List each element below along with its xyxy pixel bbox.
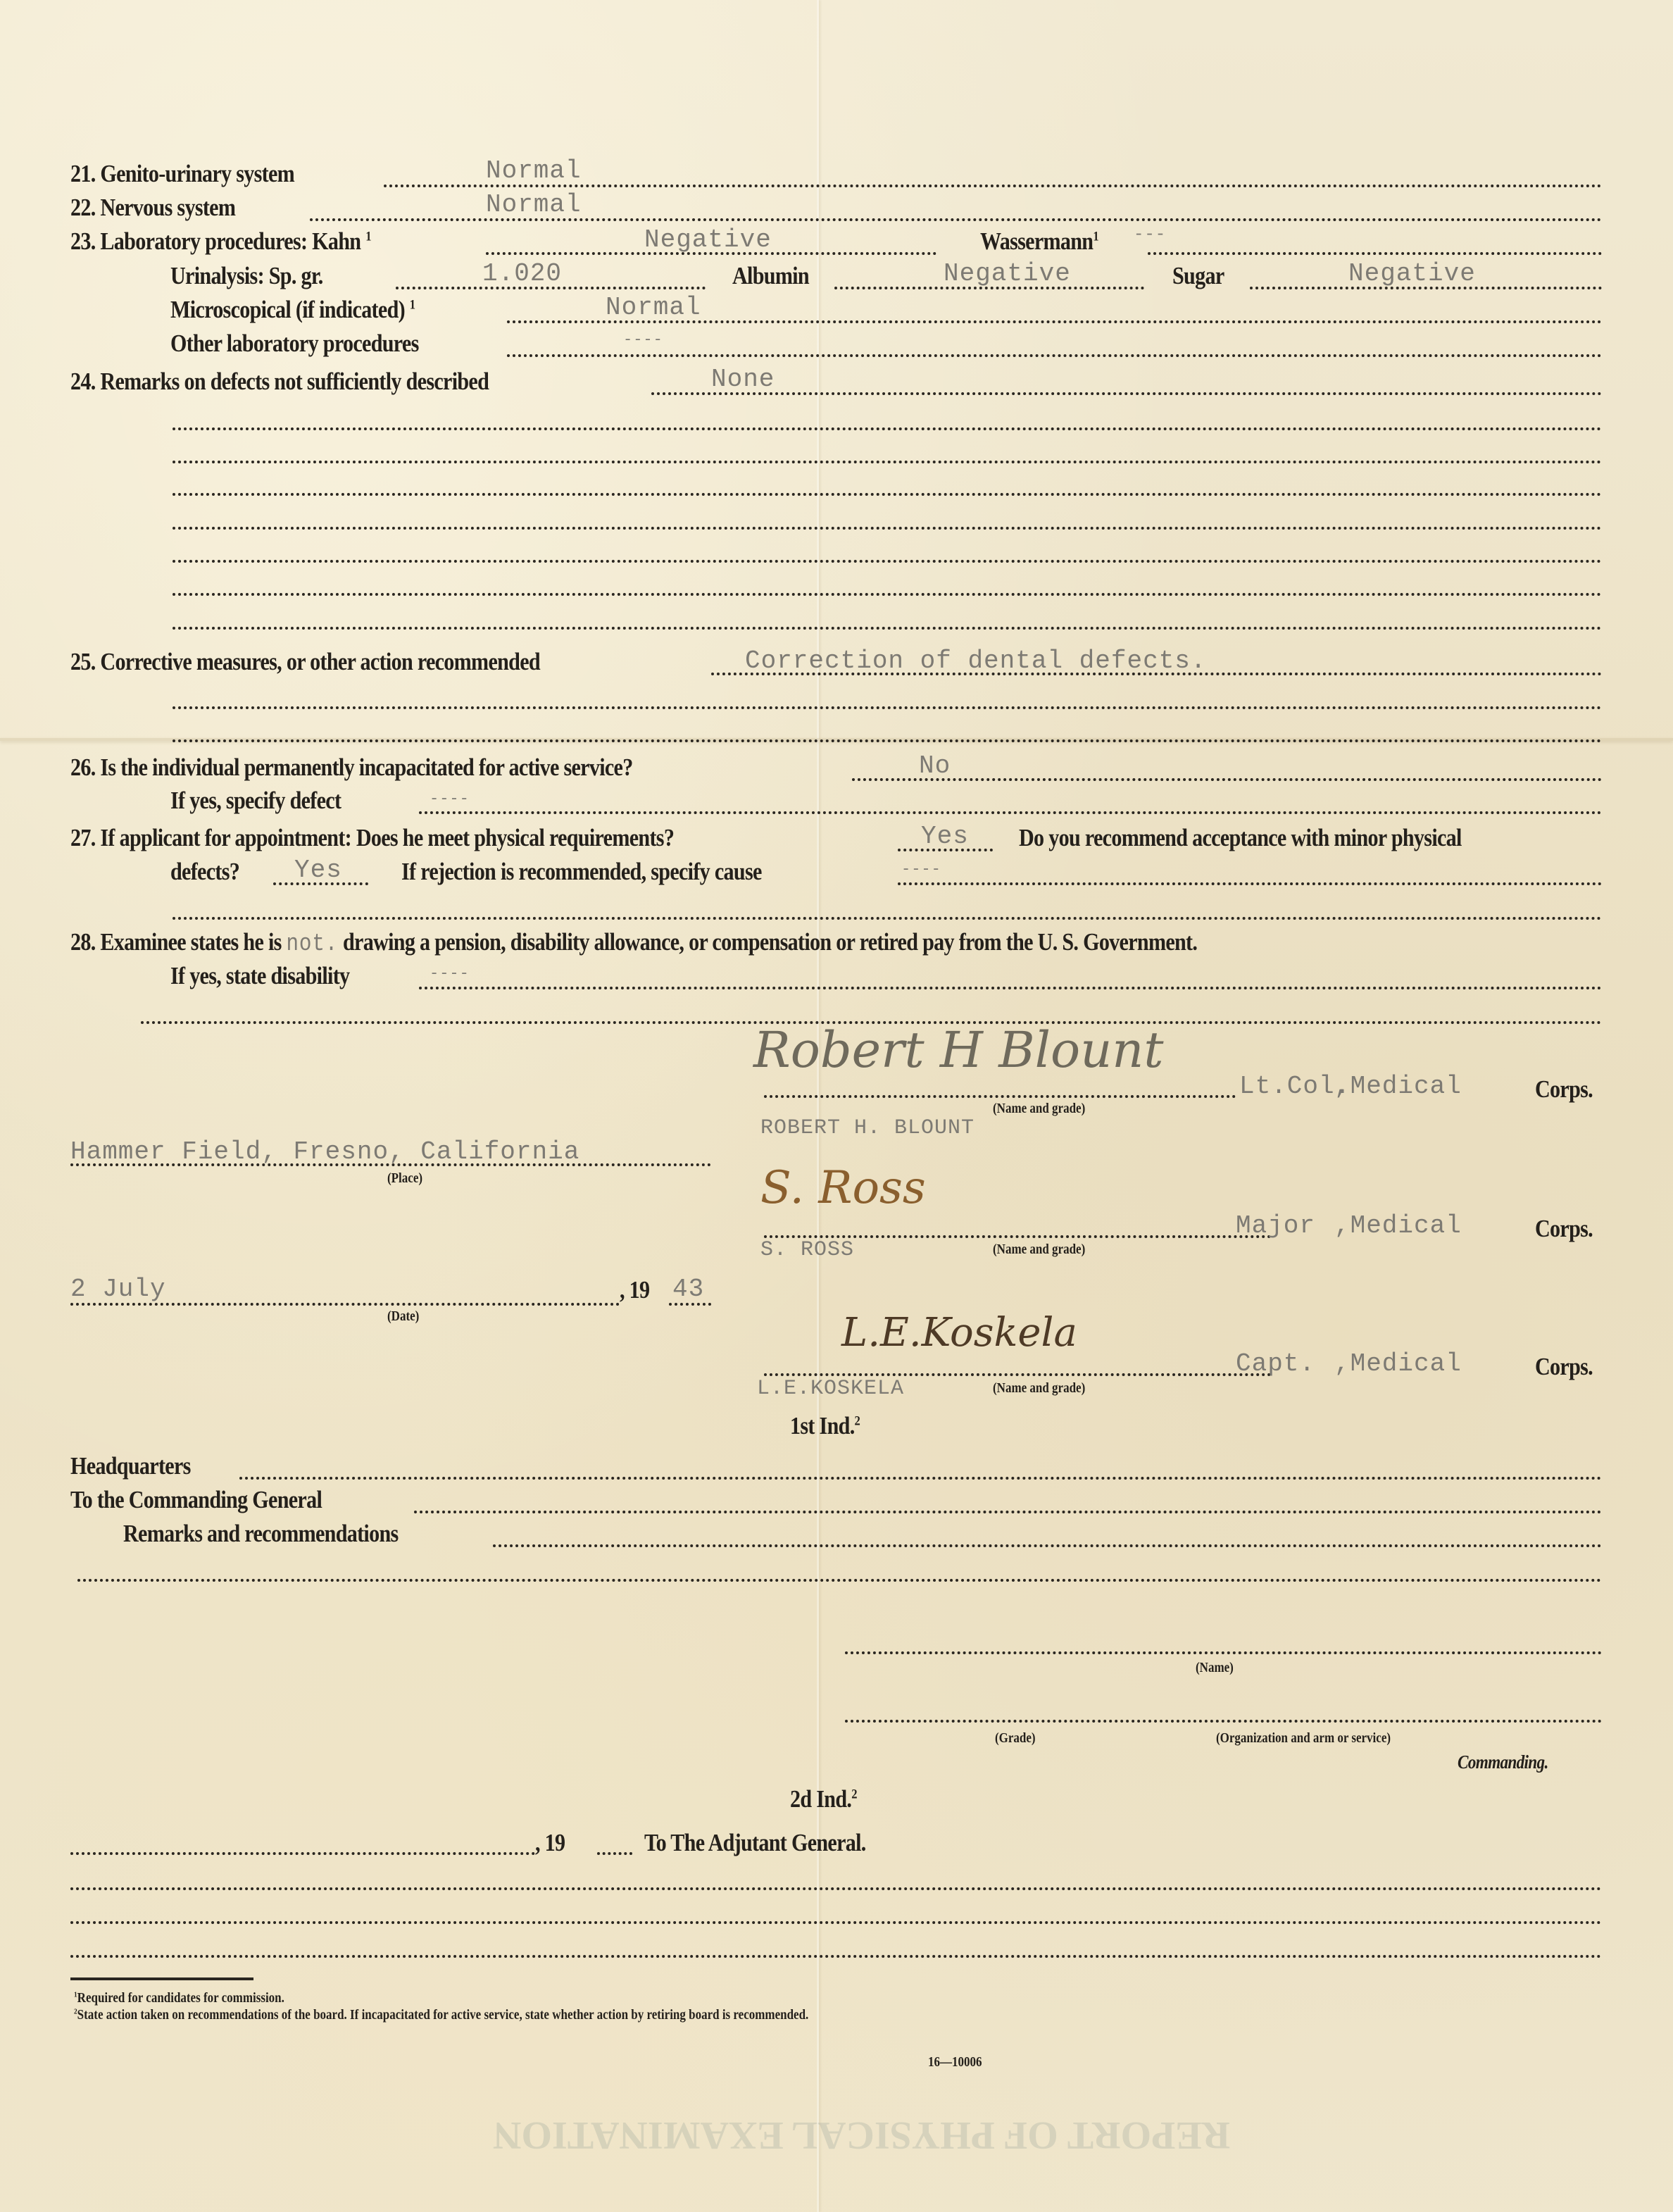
sugar-label: Sugar (1172, 262, 1224, 290)
item-27-label: 27. If applicant for appointment: Does h… (70, 824, 674, 852)
headquarters-line[interactable] (239, 1477, 1602, 1480)
indorser-name-line[interactable] (845, 1651, 1602, 1654)
remarks-recommendations-line[interactable] (493, 1544, 1602, 1547)
signature-3-grade[interactable]: Capt. (1236, 1349, 1315, 1378)
specify-defect-value[interactable]: ---- (430, 790, 470, 808)
signature-blount: Robert H Blount (753, 1021, 1164, 1079)
date-year-line (669, 1303, 711, 1306)
remarks-recommendations-line-2[interactable] (77, 1579, 1602, 1582)
date-value[interactable]: 2 July (70, 1275, 166, 1304)
signature-1-corps: Corps. (1535, 1075, 1593, 1104)
wassermann-label: Wassermann1 (980, 227, 1098, 256)
to-adjutant-general-label: To The Adjutant General. (644, 1829, 866, 1857)
item-23-label: 23. Laboratory procedures: Kahn 1 (70, 227, 371, 256)
second-ind-year-prefix: , 19 (535, 1829, 565, 1857)
rejection-label: If rejection is recommended, specify cau… (401, 858, 762, 886)
wassermann-value[interactable]: --- (1134, 225, 1166, 244)
paper-fold-vertical (817, 0, 819, 2212)
footnote-2: 2State action taken on recommendations o… (74, 2007, 808, 2023)
first-ind-title: 1st Ind.2 (790, 1412, 860, 1440)
remarks-line-5 (173, 560, 1602, 563)
rejection-value[interactable]: ---- (901, 861, 941, 878)
place-line (70, 1163, 711, 1166)
second-ind-line-3[interactable] (70, 1955, 1602, 1958)
state-disability-value[interactable]: ---- (430, 965, 470, 982)
headquarters-label: Headquarters (70, 1452, 191, 1480)
other-lab-value[interactable]: ---- (623, 331, 663, 349)
signature-3-branch[interactable]: ,Medical (1334, 1349, 1462, 1378)
kahn-value[interactable]: Negative (644, 225, 772, 254)
remarks-line-1 (173, 427, 1602, 430)
item-22-value[interactable]: Normal (486, 190, 582, 219)
item-26-label: 26. Is the individual permanently incapa… (70, 754, 633, 782)
signature-2-corps: Corps. (1535, 1215, 1593, 1243)
signature-3-line (764, 1373, 1271, 1376)
microscopical-label: Microscopical (if indicated) 1 (170, 296, 415, 324)
signature-3-corps: Corps. (1535, 1353, 1593, 1381)
footnote-1: 1Required for candidates for commission. (74, 1990, 284, 2006)
second-ind-line-1[interactable] (70, 1887, 1602, 1890)
name-caption: (Name) (1196, 1660, 1234, 1676)
other-lab-line (507, 354, 1602, 357)
signature-2-branch[interactable]: ,Medical (1334, 1211, 1462, 1240)
rejection-line (898, 882, 1602, 885)
signature-1-branch[interactable]: ,Medical (1334, 1072, 1462, 1101)
grade-caption: (Grade) (995, 1730, 1036, 1747)
signature-3-typed-name: L.E.KOSKELA (757, 1377, 904, 1401)
date-line (70, 1303, 620, 1306)
signature-2-typed-name: S. ROSS (760, 1238, 854, 1262)
corrective-line-2 (173, 706, 1602, 709)
form-number: 16—10006 (928, 2054, 982, 2070)
state-disability-line (419, 987, 1602, 989)
date-year-prefix: , 19 (620, 1276, 649, 1304)
signature-2-caption: (Name and grade) (993, 1242, 1085, 1258)
indorser-grade-org-line[interactable] (845, 1720, 1602, 1723)
place-value[interactable]: Hammer Field, Fresno, California (70, 1137, 579, 1166)
recommend-label: Do you recommend acceptance with minor p… (1019, 824, 1462, 852)
albumin-value[interactable]: Negative (944, 259, 1071, 288)
item-28-label: 28. Examinee states he is not. drawing a… (70, 928, 1197, 958)
second-ind-title: 2d Ind.2 (790, 1785, 857, 1813)
corrective-line-3 (173, 739, 1602, 742)
item-25-label: 25. Corrective measures, or other action… (70, 648, 540, 676)
wassermann-line (1148, 252, 1602, 255)
item-26-value[interactable]: No (919, 751, 951, 780)
item-21-value[interactable]: Normal (486, 156, 582, 185)
signature-1-typed-name: ROBERT H. BLOUNT (760, 1116, 975, 1140)
specify-defect-label: If yes, specify defect (170, 787, 341, 815)
meets-requirements-value[interactable]: Yes (921, 822, 969, 851)
rejection-line-2 (173, 917, 1602, 920)
date-caption: (Date) (387, 1308, 419, 1325)
to-commanding-general-line[interactable] (414, 1511, 1602, 1513)
signature-2-grade[interactable]: Major (1236, 1211, 1315, 1240)
signature-1-caption: (Name and grade) (993, 1101, 1085, 1117)
sp-gr-value[interactable]: 1.020 (482, 259, 562, 288)
footnote-rule (70, 1977, 253, 1980)
date-year-suffix[interactable]: 43 (672, 1275, 704, 1304)
item-26-line (852, 778, 1602, 781)
signature-3-caption: (Name and grade) (993, 1380, 1085, 1396)
signature-1-line (764, 1095, 1236, 1098)
defects-label: defects? (170, 858, 239, 886)
other-lab-label: Other laboratory procedures (170, 330, 419, 358)
item-24-line (651, 392, 1602, 395)
albumin-label: Albumin (732, 262, 809, 290)
sugar-value[interactable]: Negative (1348, 259, 1476, 288)
remarks-line-6 (173, 593, 1602, 596)
org-caption: (Organization and arm or service) (1216, 1730, 1391, 1747)
remarks-line-7 (173, 627, 1602, 630)
to-commanding-general-label: To the Commanding General (70, 1486, 322, 1514)
pension-status-value[interactable]: not. (287, 931, 339, 958)
place-caption: (Place) (387, 1170, 422, 1187)
specify-defect-line (419, 811, 1602, 814)
remarks-line-2 (173, 461, 1602, 463)
remarks-recommendations-label: Remarks and recommendations (123, 1520, 399, 1548)
item-24-value[interactable]: None (711, 365, 775, 394)
item-25-value[interactable]: Correction of dental defects. (745, 646, 1207, 675)
defects-value[interactable]: Yes (294, 856, 342, 885)
bleedthrough-title: REPORT OF PHYSICAL EXAMINATION (493, 2113, 1230, 2158)
state-disability-label: If yes, state disability (170, 962, 349, 990)
item-21-label: 21. Genito-urinary system (70, 160, 294, 188)
microscopical-value[interactable]: Normal (606, 293, 701, 322)
remarks-line-4 (173, 527, 1602, 530)
second-ind-year-line[interactable] (597, 1852, 632, 1855)
urinalysis-label: Urinalysis: Sp. gr. (170, 262, 323, 290)
item-22-label: 22. Nervous system (70, 194, 235, 222)
remarks-line-3 (173, 493, 1602, 496)
second-ind-date-line[interactable] (70, 1852, 535, 1855)
second-ind-line-2[interactable] (70, 1921, 1602, 1924)
commanding-label: Commanding. (1458, 1751, 1548, 1773)
signature-ross: S. Ross (760, 1162, 926, 1214)
signature-koskela: L.E.Koskela (841, 1310, 1077, 1356)
item-24-label: 24. Remarks on defects not sufficiently … (70, 368, 489, 396)
